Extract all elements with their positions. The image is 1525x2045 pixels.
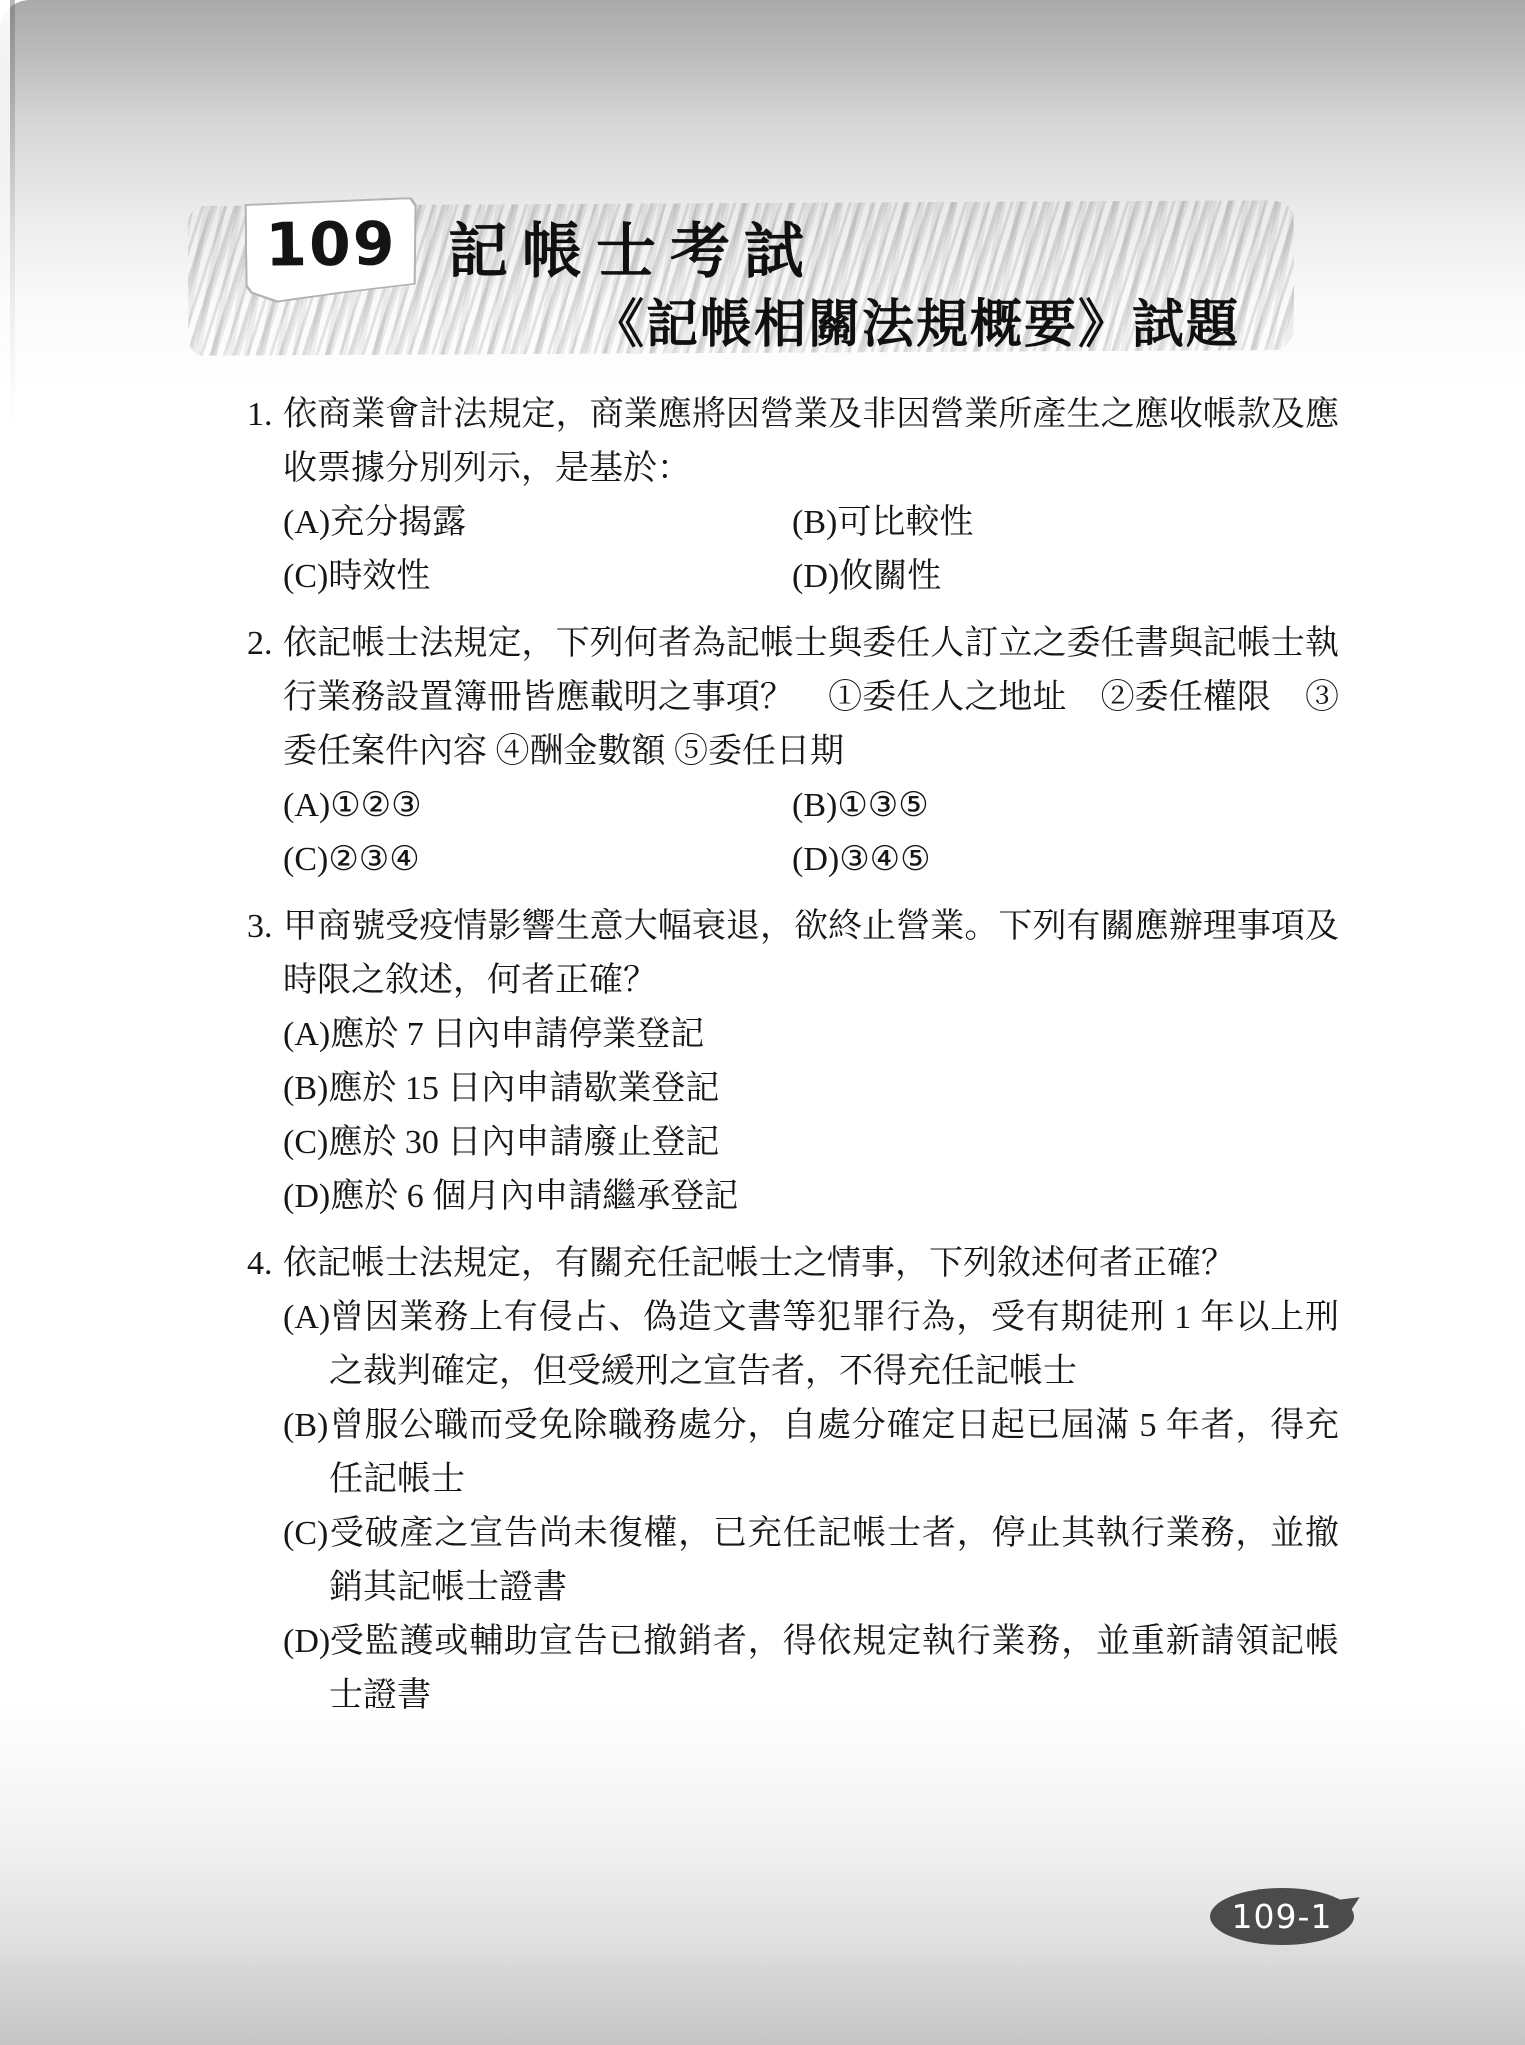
question-number: 2. [247, 617, 283, 671]
option-text: 可比較性 [837, 504, 973, 541]
question-2: 2.依記帳士法規定，下列何者為記帳士與委任人訂立之委任書與記帳士執行業務設置簿冊… [247, 617, 1339, 887]
page-number-badge: 109-1 [1210, 1888, 1354, 1945]
exam-page: 109 記帳士考試 《記帳相關法規概要》試題 1.依商業會計法規定，商業應將因營… [0, 0, 1525, 2045]
option-label: (A) [283, 787, 330, 824]
option-a: (A)充分揭露 [283, 496, 792, 550]
option-c: (C)受破產之宣告尚未復權，已充任記帳士者，停止其執行業務，並撤銷其記帳士證書 [283, 1507, 1339, 1615]
option-b: (B)曾服公職而受免除職務處分，自處分確定日起已屆滿 5 年者，得充任記帳士 [283, 1399, 1339, 1507]
option-text: ②③④ [328, 841, 419, 878]
option-text: 應於 15 日內申請歇業登記 [328, 1070, 719, 1107]
option-label: (D) [283, 1178, 330, 1215]
option-label: (B) [283, 1399, 329, 1453]
option-text: 時效性 [328, 558, 430, 595]
option-d: (D)③④⑤ [792, 833, 1339, 887]
option-label: (A) [283, 504, 330, 541]
year-badge: 109 [244, 197, 417, 303]
option-label: (D) [792, 841, 839, 878]
question-stem: 3.甲商號受疫情影響生意大幅衰退，欲終止營業。下列有關應辦理事項及時限之敘述，何… [247, 900, 1339, 1008]
option-label: (C) [283, 1507, 329, 1561]
option-a: (A)曾因業務上有侵占、偽造文書等犯罪行為，受有期徒刑 1 年以上刑之裁判確定，… [283, 1291, 1339, 1399]
option-label: (D) [283, 1615, 329, 1669]
question-options: (A)充分揭露 (B)可比較性 (C)時效性 (D)攸關性 [283, 496, 1339, 604]
option-b: (B)可比較性 [792, 496, 1339, 550]
option-c: (C)②③④ [283, 833, 792, 887]
option-label: (B) [283, 1070, 328, 1107]
question-stem: 2.依記帳士法規定，下列何者為記帳士與委任人訂立之委任書與記帳士執行業務設置簿冊… [247, 617, 1339, 779]
exam-subtitle: 《記帳相關法規概要》試題 [592, 282, 1240, 357]
questions-area: 1.依商業會計法規定，商業應將因營業及非因營業所產生之應收帳款及應收票據分別列示… [247, 388, 1339, 1723]
option-label: (A) [283, 1291, 329, 1345]
question-stem-text: 依記帳士法規定，有關充任記帳士之情事，下列敘述何者正確？ [283, 1245, 1235, 1282]
question-stem: 1.依商業會計法規定，商業應將因營業及非因營業所產生之應收帳款及應收票據分別列示… [247, 388, 1339, 496]
option-a: (A)應於 7 日內申請停業登記 [283, 1008, 1339, 1062]
year-number: 109 [265, 209, 397, 290]
option-d: (D)攸關性 [792, 550, 1339, 604]
question-options: (A)①②③ (B)①③⑤ (C)②③④ (D)③④⑤ [283, 779, 1339, 887]
question-stem: 4.依記帳士法規定，有關充任記帳士之情事，下列敘述何者正確？ [247, 1237, 1339, 1291]
option-b: (B)應於 15 日內申請歇業登記 [283, 1062, 1339, 1116]
option-text: 充分揭露 [330, 504, 466, 541]
question-stem-text: 依商業會計法規定，商業應將因營業及非因營業所產生之應收帳款及應收票據分別列示，是… [283, 396, 1339, 487]
option-d: (D)應於 6 個月內申請繼承登記 [283, 1170, 1339, 1224]
option-text: ①②③ [330, 787, 421, 824]
option-d: (D)受監護或輔助宣告已撤銷者，得依規定執行業務，並重新請領記帳士證書 [283, 1615, 1339, 1723]
option-label: (B) [792, 504, 837, 541]
question-number: 1. [247, 388, 283, 442]
option-c: (C)時效性 [283, 550, 792, 604]
option-text: 曾服公職而受免除職務處分，自處分確定日起已屆滿 5 年者，得充任記帳士 [329, 1407, 1339, 1498]
option-a: (A)①②③ [283, 779, 792, 833]
question-options: (A)曾因業務上有侵占、偽造文書等犯罪行為，受有期徒刑 1 年以上刑之裁判確定，… [283, 1291, 1339, 1723]
option-text: 應於 7 日內申請停業登記 [330, 1016, 704, 1053]
option-text: ③④⑤ [839, 841, 930, 878]
option-text: 攸關性 [839, 558, 941, 595]
option-text: ①③⑤ [837, 787, 928, 824]
question-number: 4. [247, 1237, 283, 1291]
option-label: (C) [283, 558, 328, 595]
option-label: (A) [283, 1016, 330, 1053]
option-b: (B)①③⑤ [792, 779, 1339, 833]
option-text: 受監護或輔助宣告已撤銷者，得依規定執行業務，並重新請領記帳士證書 [329, 1623, 1339, 1714]
option-text: 應於 6 個月內申請繼承登記 [330, 1178, 738, 1215]
option-label: (B) [792, 787, 837, 824]
question-number: 3. [247, 900, 283, 954]
question-stem-text: 甲商號受疫情影響生意大幅衰退，欲終止營業。下列有關應辦理事項及時限之敘述，何者正… [283, 908, 1339, 999]
question-4: 4.依記帳士法規定，有關充任記帳士之情事，下列敘述何者正確？ (A)曾因業務上有… [247, 1237, 1339, 1723]
question-1: 1.依商業會計法規定，商業應將因營業及非因營業所產生之應收帳款及應收票據分別列示… [247, 388, 1339, 604]
page-number-text: 109-1 [1232, 1897, 1333, 1936]
option-c: (C)應於 30 日內申請廢止登記 [283, 1116, 1339, 1170]
option-text: 受破產之宣告尚未復權，已充任記帳士者，停止其執行業務，並撤銷其記帳士證書 [329, 1515, 1339, 1606]
option-label: (D) [792, 558, 839, 595]
option-label: (C) [283, 1124, 328, 1161]
option-text: 應於 30 日內申請廢止登記 [328, 1124, 719, 1161]
question-stem-text: 依記帳士法規定，下列何者為記帳士與委任人訂立之委任書與記帳士執行業務設置簿冊皆應… [283, 625, 1339, 770]
option-text: 曾因業務上有侵占、偽造文書等犯罪行為，受有期徒刑 1 年以上刑之裁判確定，但受緩… [329, 1299, 1339, 1390]
question-3: 3.甲商號受疫情影響生意大幅衰退，欲終止營業。下列有關應辦理事項及時限之敘述，何… [247, 900, 1339, 1224]
exam-title: 記帳士考試 [448, 204, 818, 290]
year-badge-face: 109 [246, 199, 415, 301]
question-options: (A)應於 7 日內申請停業登記 (B)應於 15 日內申請歇業登記 (C)應於… [283, 1008, 1339, 1224]
option-label: (C) [283, 841, 328, 878]
